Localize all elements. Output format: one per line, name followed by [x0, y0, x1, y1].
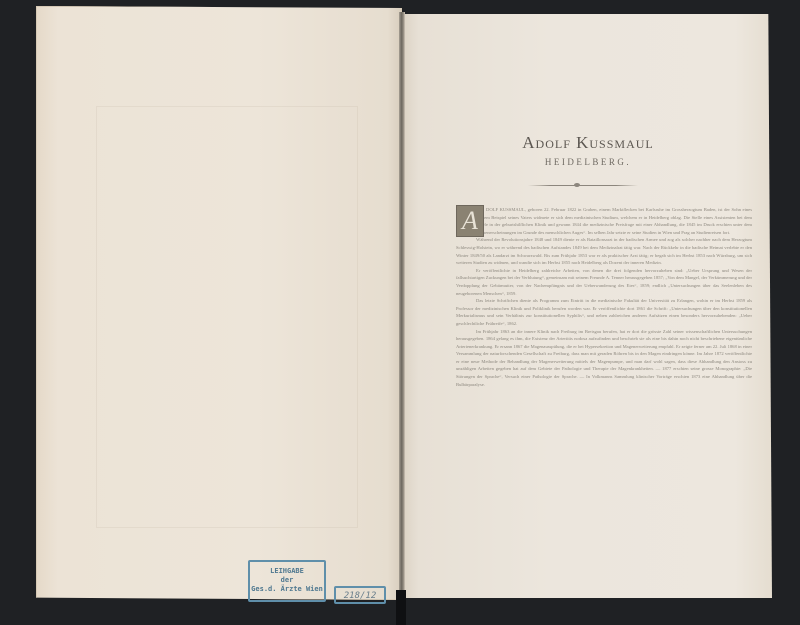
book-gutter	[399, 12, 405, 612]
paragraph: DOLF KUSSMAUL, geboren 22. Februar 1822 …	[456, 206, 752, 236]
paragraph: Im Frühjahr 1863 an die innere Klinik na…	[456, 328, 752, 389]
page-subtitle: HEIDELBERG.	[404, 157, 772, 167]
drop-cap-initial: A	[456, 205, 484, 237]
shelf-number-stamp: 218/12	[334, 586, 386, 604]
stamp-line: der	[250, 576, 324, 585]
paragraph: Während der Revolutionsjahre 1848 und 18…	[456, 236, 752, 266]
stamp-line: LEIHGABE	[250, 567, 324, 576]
paragraph: Das letzte Schriftchen diente als Progra…	[456, 297, 752, 327]
ornament-dot-icon	[574, 183, 580, 187]
ornament-rule	[528, 185, 638, 186]
left-page	[36, 6, 402, 600]
library-stamp: LEIHGABE der Ges.d. Ärzte Wien	[248, 560, 326, 602]
paragraph: Er veröffentlichte in Heidelberg zahlrei…	[456, 267, 752, 297]
biography-body: DOLF KUSSMAUL, geboren 22. Februar 1822 …	[456, 206, 752, 388]
gutter-shadow	[396, 590, 406, 625]
book-spread: Adolf Kussmaul HEIDELBERG. DOLF KUSSMAUL…	[0, 0, 800, 625]
stamp-line: Ges.d. Ärzte Wien	[250, 585, 324, 594]
left-page-impression	[96, 106, 358, 528]
page-title: Adolf Kussmaul	[404, 133, 772, 153]
